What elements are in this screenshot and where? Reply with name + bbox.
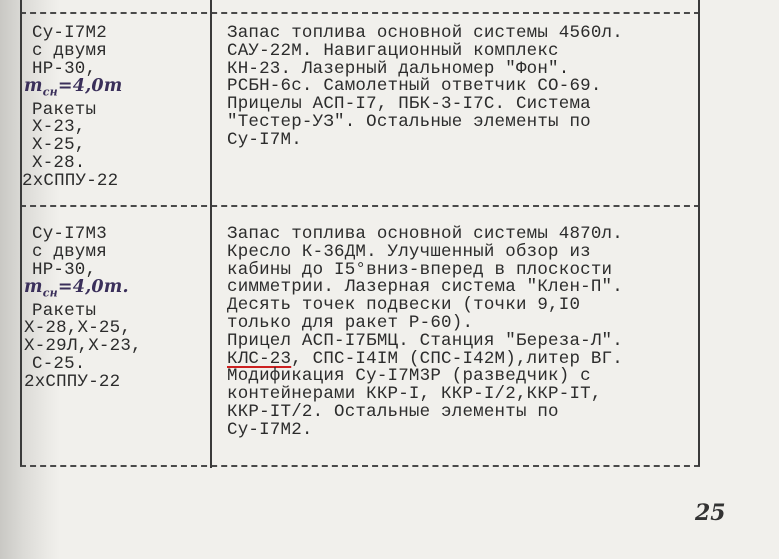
weapon-line: 2хСППУ-22 <box>22 173 122 191</box>
description-line: Су-I7М2. <box>227 422 623 440</box>
description-cell: Запас топлива основной системы 4560л.САУ… <box>227 25 623 150</box>
aircraft-line: с двумя <box>32 244 142 262</box>
description-line: Су-I7М. <box>227 132 623 150</box>
table-left-border <box>20 0 22 466</box>
description-line: Кресло К-36ДМ. Улучшенный обзор из <box>227 244 623 262</box>
page-number: 25 <box>695 500 726 526</box>
specifications-table: Су-I7М2с двумяНР-30,mсн=4,0тРакетыХ-23,Х… <box>20 0 720 470</box>
column-separator <box>210 0 212 468</box>
description-line: САУ-22М. Навигационный комплекс <box>227 43 623 61</box>
row-separator <box>20 205 700 207</box>
handwritten-mass-note: mсн=4,0т <box>24 78 122 101</box>
table-bottom-border <box>20 465 700 467</box>
description-cell: Запас топлива основной системы 4870л.Кре… <box>227 226 623 440</box>
handwritten-mass-note: mсн=4,0т. <box>24 279 142 302</box>
aircraft-cell: Су-I7М3с двумяНР-30,mсн=4,0т.РакетыХ-28,… <box>32 226 142 392</box>
weapon-line: 2хСППУ-22 <box>24 374 142 392</box>
aircraft-cell: Су-I7М2с двумяНР-30,mсн=4,0тРакетыХ-23,Х… <box>32 25 122 191</box>
table-right-border <box>698 0 700 466</box>
table-top-border <box>20 12 700 14</box>
aircraft-line: с двумя <box>32 43 122 61</box>
